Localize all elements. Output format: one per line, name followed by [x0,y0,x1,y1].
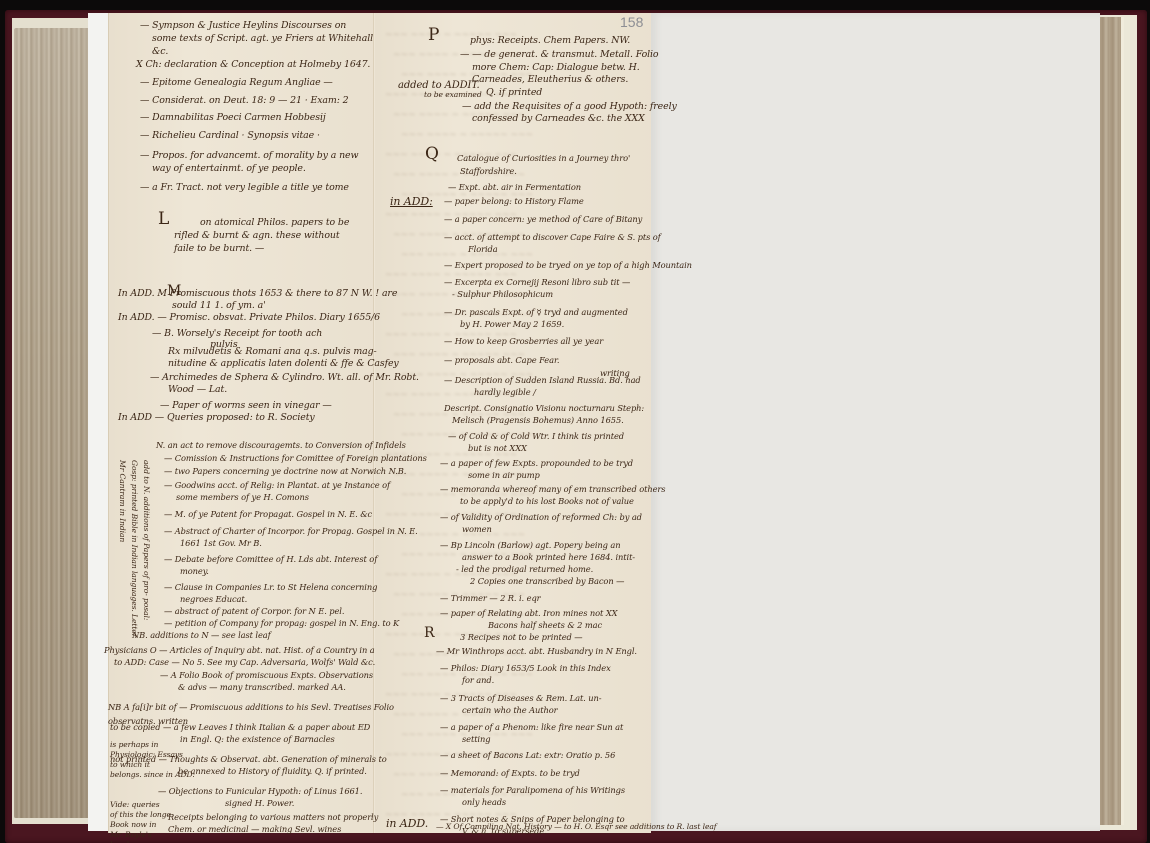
show-through-ink: ~~~ ~~~~ ~ ~~~~~ ~~~ [385,270,517,280]
manuscript-entry-l: on atomical Philos. papers to be [200,217,349,228]
show-through-ink: ~~~ ~~~~ ~ ~~~~~ ~~~ [401,70,533,80]
manuscript-entry-n: — Goodwins acct. of Relig: in Plantat. a… [164,480,390,491]
manuscript-entry-o: — A Folio Book of promiscuous Expts. Obs… [160,670,373,681]
manuscript-entry-n: — M. of ye Patent for Propagat. Gospel i… [164,509,372,520]
show-through-ink: ~~~ ~~~~ ~ ~~~~~ ~~~ [385,90,517,100]
manuscript-entry-l: faile to be burnt. — [174,243,264,254]
manuscript-entry-n: — Abstract of Charter of Incorpor. for P… [164,526,418,537]
manuscript-entry-l: rifled & burnt & agn. these without [174,230,340,241]
show-through-ink: ~~~ ~~~~ ~ ~~~~~ ~~~ [393,770,525,780]
manuscript-entry-n: — abstract of patent of Corpor. for N E.… [164,606,344,617]
show-through-ink: ~~~ ~~~~ ~ ~~~~~ ~~~ [385,210,517,220]
manuscript-entry: X Ch: declaration & Conception at Holmeb… [136,59,370,70]
manuscript-entry: — Sympson & Justice Heylins Discourses o… [140,20,346,31]
manuscript-entry-m: In ADD. M Promiscuous thots 1653 & there… [118,288,397,299]
show-through-ink: ~~~ ~~~~ ~ ~~~~~ ~~~ [401,370,533,380]
manuscript-entry: — Propos. for advancemt. of morality by … [140,150,358,161]
show-through-ink: ~~~ ~~~~ ~ ~~~~~ ~~~ [385,630,517,640]
manuscript-entry: — Richelieu Cardinal · Synopsis vitae · [140,130,320,141]
show-through-ink: ~~~ ~~~~ ~ ~~~~~ ~~~ [401,430,533,440]
show-through-ink: ~~~ ~~~~ ~ ~~~~~ ~~~ [393,230,525,240]
show-through-ink: ~~~ ~~~~ ~ ~~~~~ ~~~ [393,290,525,300]
manuscript-entry-o: signed H. Power. [225,798,294,809]
manuscript-entry-m: Wood — Lat. [168,384,227,395]
show-through-ink: ~~~ ~~~~ ~ ~~~~~ ~~~ [385,570,517,580]
show-through-ink: ~~~ ~~~~ ~ ~~~~~ ~~~ [385,450,517,460]
show-through-ink: ~~~ ~~~~ ~ ~~~~~ ~~~ [401,490,533,500]
manuscript-entry: way of entertainmt. of ye people. [152,163,306,174]
right-edge-line [1121,17,1124,825]
show-through-ink: ~~~ ~~~~ ~ ~~~~~ ~~~ [385,150,517,160]
show-through-ink: ~~~ ~~~~ ~ ~~~~~ ~~~ [401,610,533,620]
manuscript-entry-r: V. & a. to supersede. [462,826,547,837]
margin-note: Book now in [110,820,156,829]
manuscript-entry: — Considerat. on Deut. 18: 9 — 21 · Exam… [140,95,349,106]
margin-note: Physiologic: Essays [110,750,183,759]
left-page-edges [14,28,90,818]
manuscript-entry-o: Physicians O — Articles of Inquiry abt. … [104,645,375,656]
manuscript-entry-n: N. an act to remove discouragemts. to Co… [156,440,406,451]
manuscript-entry-m: Rx milvudetis & Romani ana q.s. pulvis m… [168,346,377,357]
manuscript-entry-o: be annexed to History of fluidity. Q. if… [178,766,367,777]
show-through-ink: ~~~ ~~~~ ~ ~~~~~ ~~~ [393,470,525,480]
margin-note: Mr. Boyle's [110,830,152,839]
manuscript-entry-o: & advs — many transcribed. marked AA. [178,682,346,693]
show-through-ink: ~~~ ~~~~ ~ ~~~~~ ~~~ [393,50,525,60]
show-through-ink: ~~~ ~~~~ ~ ~~~~~ ~~~ [393,350,525,360]
manuscript-entry-q: by H. Power May 2 1659. [460,319,564,330]
show-through-ink: ~~~ ~~~~ ~ ~~~~~ ~~~ [401,790,533,800]
show-through-ink: ~~~ ~~~~ ~ ~~~~~ ~~~ [385,330,517,340]
manuscript-entry-n: negroes Educat. [180,594,247,605]
manuscript-entry-n: some members of ye H. Comons [176,492,309,503]
manuscript-entry-n: — Debate before Comittee of H. Lds abt. … [164,554,377,565]
manuscript-entry-m: In ADD. — Promisc. obsvat. Private Philo… [118,312,380,323]
manuscript-entry: — a Fr. Tract. not very legible a title … [140,182,349,193]
vertical-margin-note: add to N. additions of Papers of pro- po… [116,460,152,640]
manuscript-entry: &c. [152,46,168,57]
show-through-ink: ~~~ ~~~~ ~ ~~~~~ ~~~ [401,190,533,200]
show-through-ink: ~~~ ~~~~ ~ ~~~~~ ~~~ [385,810,517,820]
manuscript-entry-m: In ADD — Queries proposed: to R. Society [118,412,315,423]
show-through-ink: ~~~ ~~~~ ~ ~~~~~ ~~~ [401,130,533,140]
show-through-ink: ~~~ ~~~~ ~ ~~~~~ ~~~ [401,310,533,320]
margin-note: belongs. since in ADD: [110,770,195,779]
margin-note: is perhaps in [110,740,158,749]
show-through-ink: ~~~ ~~~~ ~ ~~~~~ ~~~ [385,690,517,700]
manuscript-entry-m: — Archimedes de Sphera & Cylindro. Wt. a… [150,372,419,383]
show-through-ink: ~~~ ~~~~ ~ ~~~~~ ~~~ [393,530,525,540]
show-through-ink: ~~~ ~~~~ ~ ~~~~~ ~~~ [393,110,525,120]
manuscript-entry-m: nitudine & applicatis laten dolenti & ff… [168,358,399,369]
folio-number: 158 [620,14,643,30]
manuscript-entry-n: NB. additions to N — see last leaf [132,630,271,641]
manuscript-entry-m: — Paper of worms seen in vinegar — [160,400,332,411]
manuscript-entry-o: to be copied — a few Leaves I think Ital… [110,722,370,733]
blank-leaf [650,13,1100,831]
margin-note: Vide: queries [110,800,160,809]
show-through-ink: ~~~ ~~~~ ~ ~~~~~ ~~~ [393,710,525,720]
show-through-ink: ~~~ ~~~~ ~ ~~~~~ ~~~ [385,750,517,760]
show-through-ink: ~~~ ~~~~ ~ ~~~~~ ~~~ [385,510,517,520]
margin-note: to which it [110,760,150,769]
show-through-ink: ~~~ ~~~~ ~ ~~~~~ ~~~ [393,650,525,660]
show-through-ink: ~~~ ~~~~ ~ ~~~~~ ~~~ [401,670,533,680]
show-through-ink: ~~~ ~~~~ ~ ~~~~~ ~~~ [393,410,525,420]
manuscript-entry-o: in Engl. Q: the existence of Barnacles [180,734,335,745]
manuscript-entry-n: — two Papers concerning ye doctrine now … [164,466,406,477]
show-through-ink: ~~~ ~~~~ ~ ~~~~~ ~~~ [401,730,533,740]
show-through-ink: ~~~ ~~~~ ~ ~~~~~ ~~~ [401,550,533,560]
manuscript-entry-o: to ADD: Case — No 5. See my Cap. Adversa… [114,657,375,668]
show-through-ink: ~~~ ~~~~ ~ ~~~~~ ~~~ [393,170,525,180]
show-through-ink: ~~~ ~~~~ ~ ~~~~~ ~~~ [385,390,517,400]
manuscript-entry: — Damnabilitas Poeci Carmen Hobbesij [140,112,326,123]
right-page-edges [1099,17,1121,825]
manuscript-entry-o: Receipts belonging to various matters no… [168,812,378,823]
show-through-ink: ~~~ ~~~~ ~ ~~~~~ ~~~ [401,250,533,260]
manuscript-entry: some texts of Script. agt. ye Friers at … [152,33,373,44]
show-through-ink: ~~~ ~~~~ ~ ~~~~~ ~~~ [393,590,525,600]
manuscript-entry-m: — B. Worsely's Receipt for tooth ach [152,328,322,339]
manuscript-entry-n: — Clause in Companies Lr. to St Helena c… [164,582,377,593]
margin-note: of this the longe [110,810,171,819]
manuscript-entry-o: Chem. or medicinal — making Sevl. wines [168,824,341,835]
manuscript-entry-n: 1661 1st Gov. Mr B. [180,538,262,549]
manuscript-entry-o: NB A fa[i]r bit of — Promiscuous additio… [108,702,394,713]
manuscript-entry-n: — petition of Company for propag: gospel… [164,618,399,629]
manuscript-entry-o: — Objections to Funicular Hypoth: of Lin… [158,786,362,797]
manuscript-entry: — Epitome Genealogia Regum Angliae — [140,77,333,88]
show-through-ink: ~~~ ~~~~ ~ ~~~~~ ~~~ [385,30,517,40]
section-letter-L: L [158,210,169,228]
manuscript-entry-n: money. [180,566,209,577]
manuscript-entry-m: sould 11 1. of ym. a' [172,300,266,311]
